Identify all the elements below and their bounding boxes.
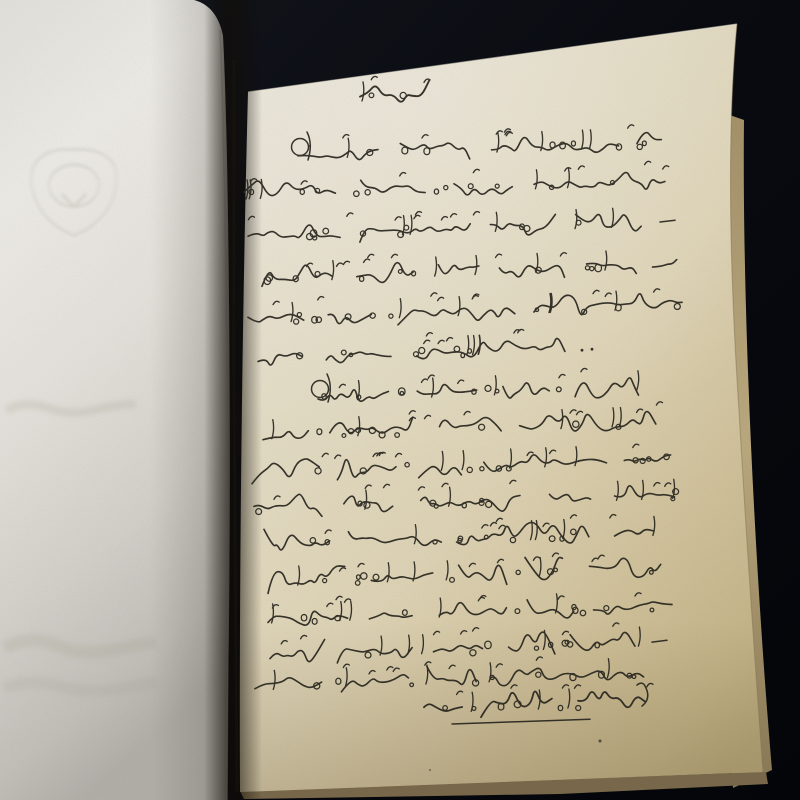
photo-grain: [0, 0, 800, 800]
book-photo: คำปรารภ. ในบันดาบทประพันธ์ของเสด็จพ่อ จด…: [0, 0, 800, 800]
book-photo-canvas: [0, 0, 800, 800]
